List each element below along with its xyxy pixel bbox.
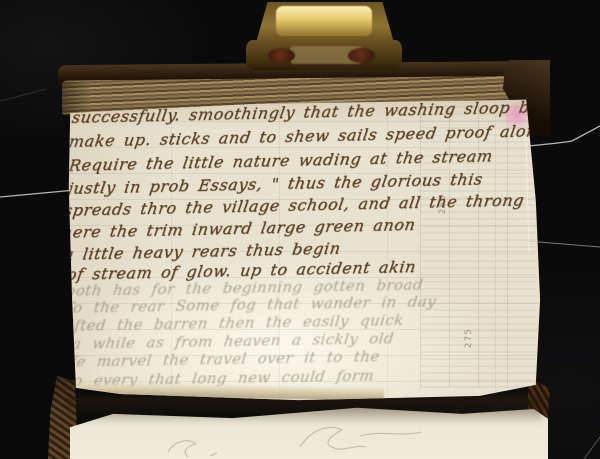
page-gutter-shadow: [66, 396, 542, 424]
photograph-of-open-notebook: 250 275 successfully. smoothingly that t…: [0, 0, 600, 459]
printed-page-number: 275: [464, 328, 474, 348]
manuscript-page: 250 275 successfully. smoothingly that t…: [64, 96, 542, 402]
brass-clasp-highlight: [276, 6, 372, 36]
clasp-rivet-left: [268, 48, 295, 63]
clasp-rivet-right: [348, 48, 375, 63]
